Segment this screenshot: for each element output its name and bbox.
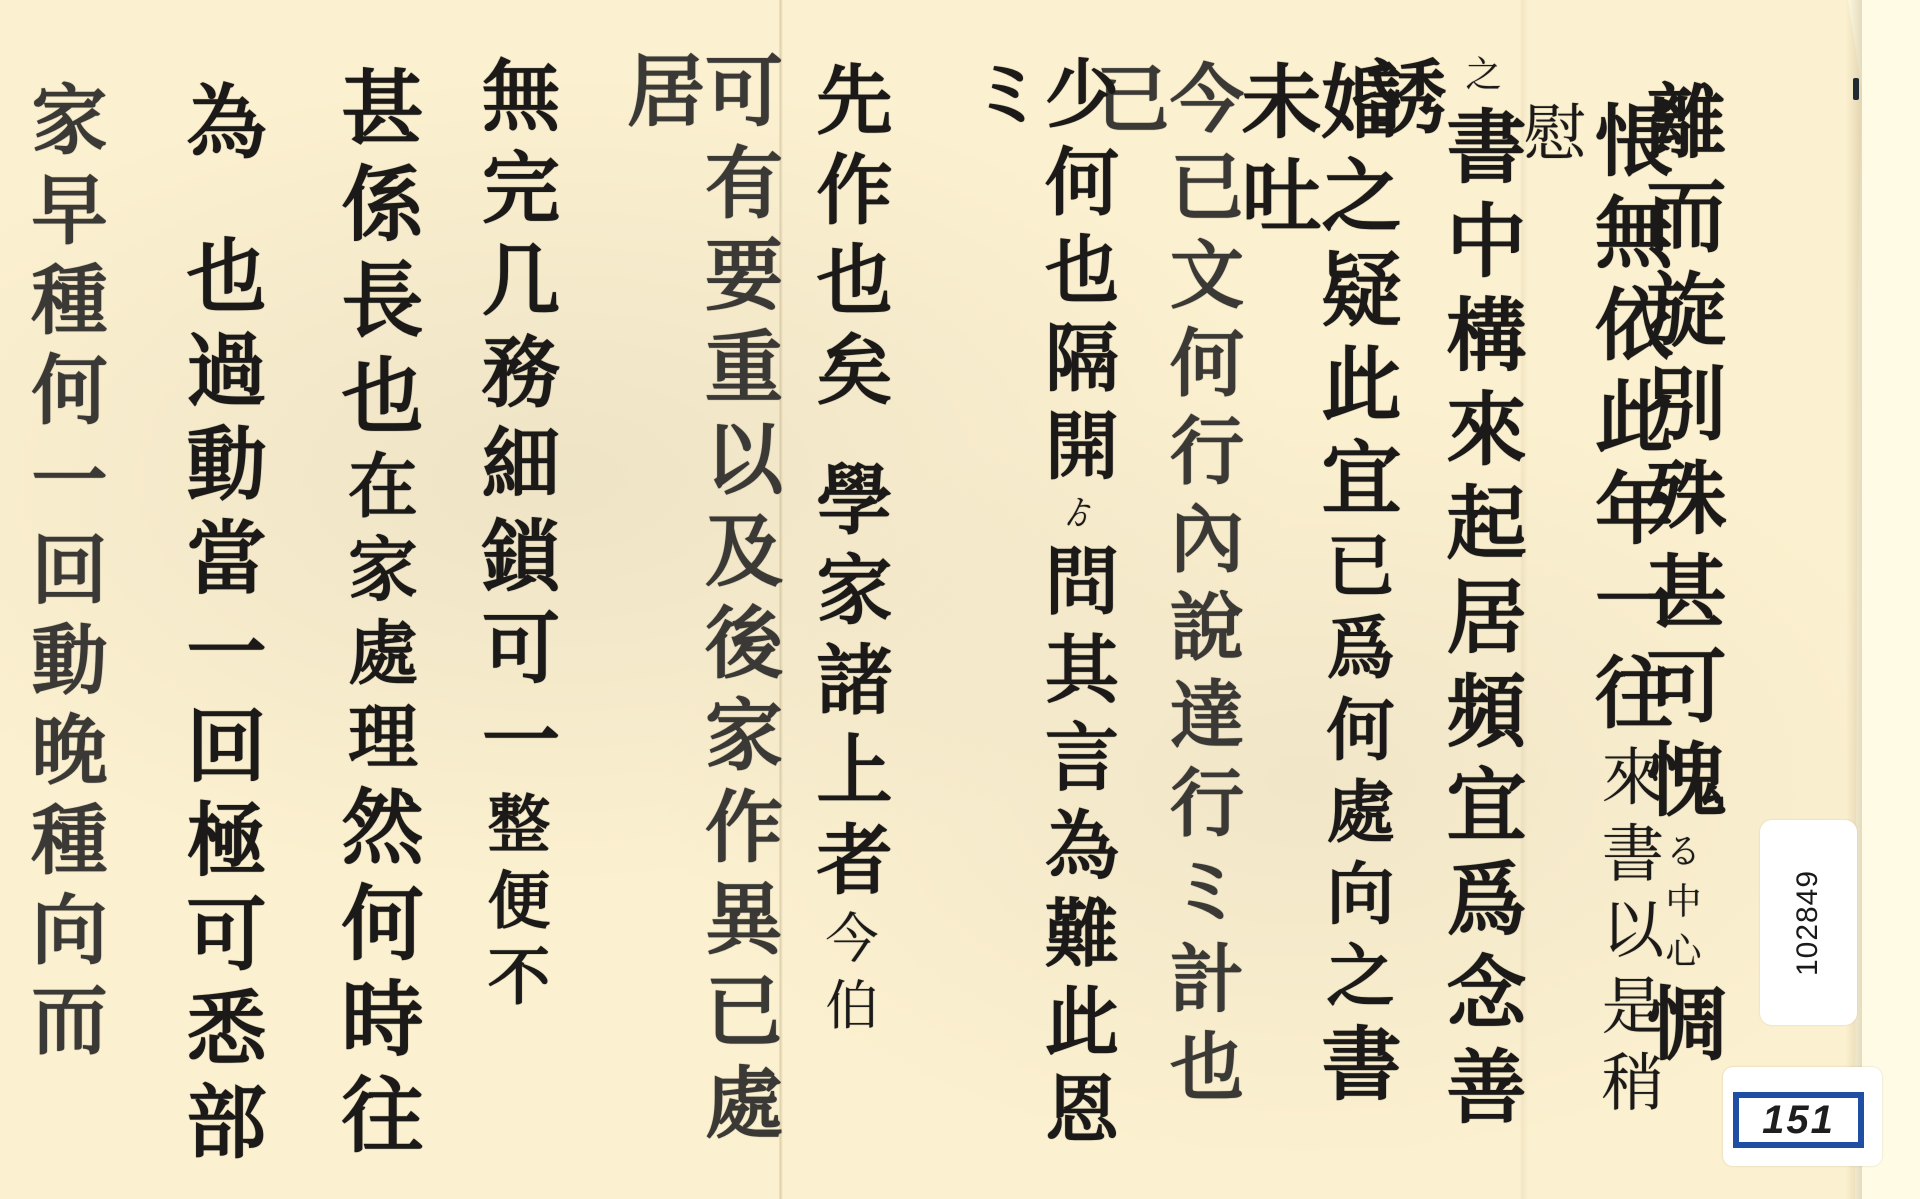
catalog-id-label: 102849: [1760, 820, 1857, 1025]
catalog-id-text: 102849: [1792, 869, 1826, 975]
text-column-7: 先作也矣學家諸上者今伯: [810, 60, 886, 1044]
column-text: 無完几務細鎖: [469, 55, 560, 607]
column-text: 今已文何行: [1158, 60, 1244, 500]
column-tail: 也過動當一回極可悉部: [173, 234, 267, 1174]
column-text: 悵無依此年一往: [1582, 100, 1673, 744]
column-tail: 學家諸上者: [804, 460, 893, 910]
text-column-2: 悵無依此年一往來書以是稍慰: [1510, 100, 1666, 1199]
sheet-number-frame: 151: [1733, 1092, 1864, 1148]
column-text: 先作也矣: [804, 60, 893, 420]
column-text: 書中構來起居頻宜: [1433, 105, 1527, 857]
text-column-11: 為也過動當一回極可悉部: [180, 80, 260, 1174]
text-column-12: 家早種何一回動晚種向而: [25, 80, 101, 1070]
column-tail: 在家處理: [336, 449, 417, 784]
text-column-10: 甚係長也在家處理然何時往: [335, 65, 417, 1168]
sheet-number-text: 151: [1762, 1098, 1835, 1143]
text-column-8: 可有要重以及後家作異已處居: [620, 50, 776, 1199]
text-column-4: 婚之疑此宜已爲何處向之書未吐: [1235, 60, 1395, 1199]
sheet-number-label: 151: [1723, 1067, 1882, 1166]
column-end: 今伯: [817, 910, 879, 1044]
column-annotation: る中心: [1660, 832, 1701, 982]
column-end: 種向而: [19, 800, 108, 1070]
text-column-6: 少何也隔開ゟ問其言為難此恩ミ: [965, 55, 1113, 1199]
column-end: 整便不: [477, 791, 551, 1020]
column-tail: 可一: [469, 607, 560, 791]
text-column-9: 無完几務細鎖可一整便不: [475, 55, 553, 1020]
column-tail: 一回動晚: [19, 440, 108, 800]
column-head-annotation: 之: [1460, 55, 1501, 105]
column-text: 為: [173, 80, 267, 174]
column-text: 可有要重以及後: [692, 50, 783, 694]
edge-ink-mark: [1853, 78, 1859, 100]
column-annotation: ゟ: [1057, 495, 1096, 542]
column-end: 然何時往: [328, 784, 424, 1168]
column-text: 甚係長也: [328, 65, 424, 449]
column-tail: 已爲何處向之: [1315, 530, 1395, 1022]
column-text: 少何也隔開: [1033, 55, 1119, 495]
column-text: 婚之疑此宜: [1308, 60, 1402, 530]
column-text: 家早種何: [19, 80, 108, 440]
